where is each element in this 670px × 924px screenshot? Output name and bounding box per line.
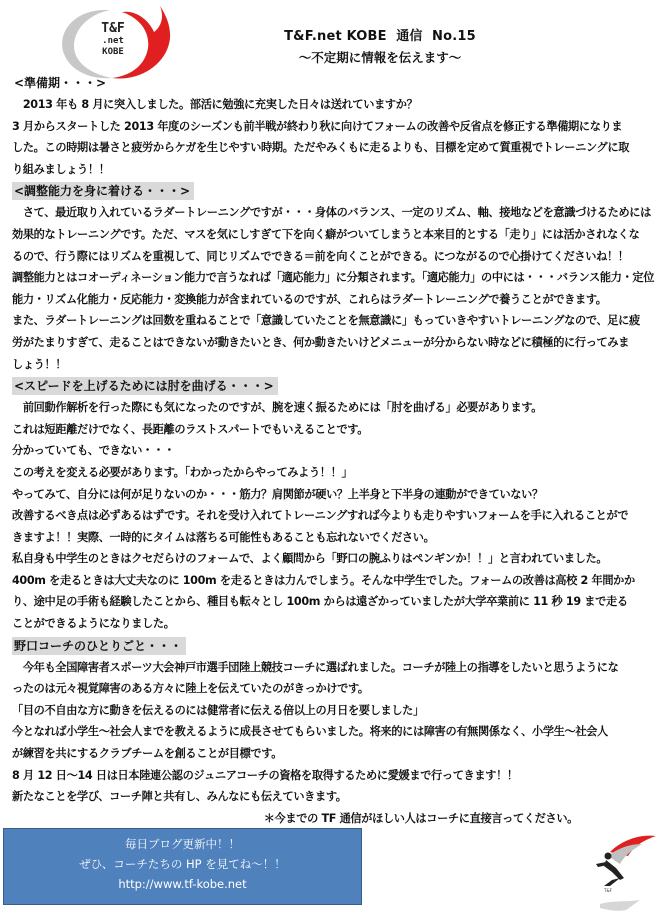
paragraph-line: 分かっていても、できない・・・ xyxy=(12,440,658,462)
paragraph-line: が練習を共にするクラブチームを創ることが目標です。 xyxy=(12,743,658,765)
paragraph-line: 8 月 12 日～14 日は日本陸連公認のジュニアコーチの資格を取得するために愛… xyxy=(12,765,658,787)
paragraph-line: 改善するべき点は必ずあるはずです。それを受け入れてトレーニングすれば今よりも走り… xyxy=(12,505,658,527)
newsletter-title: T&F.net KOBE 通信 No.15 xyxy=(250,28,510,46)
newsletter-subtitle: ～不定期に情報を伝えます～ xyxy=(250,48,510,68)
paragraph-line: 新たなことを学び、コーチ陣と共有し、みんなにも伝えていきます。 xyxy=(12,786,658,808)
paragraph-line: さて、最近取り入れているラダートレーニングですが・・・身体のバランス、一定のリズ… xyxy=(12,202,658,224)
paragraph-line: 3 月からスタートした 2013 年度のシーズンも前半戦が終わり秋に向けてフォー… xyxy=(12,116,658,138)
paragraph-line: 私自身も中学生のときはクセだらけのフォームで、よく顧問から「野口の腕ふりはペンギ… xyxy=(12,548,658,570)
blog-promo-line2: ぜひ、コーチたちの HP を見てね～！！ xyxy=(4,854,361,874)
svg-text:T&F: T&F xyxy=(603,888,613,893)
section-coordination: <調整能力を身に着ける・・・> さて、最近取り入れているラダートレーニングですが… xyxy=(12,180,658,375)
blog-url-link[interactable]: http://www.tf-kobe.net xyxy=(4,874,361,894)
paragraph-line: 前回動作解析を行った際にも気になったのですが、腕を速く振るためには「肘を曲げる」… xyxy=(12,397,658,419)
logo-text-tf: T&F xyxy=(92,22,134,36)
runner-logo-icon: T&F xyxy=(590,830,660,920)
paragraph-line: 2013 年も 8 月に突入しました。部活に勉強に充実した日々は送れていますか？ xyxy=(12,94,658,116)
paragraph-line: 効果的なトレーニングです。ただ、マスを気にしすぎて下を向く癖がついてしまうと本来… xyxy=(12,224,658,246)
paragraph-line: り、途中足の手術も経験したことから、種目も転々とし 100m からは遠ざかってい… xyxy=(12,591,658,613)
paragraph-line: り組みましょう！！ xyxy=(12,159,658,181)
paragraph-line: 今年も全国障害者スポーツ大会神戸市選手団陸上競技コーチに選ばれました。コーチが陸… xyxy=(12,657,658,679)
paragraph-line: また、ラダートレーニングは回数を重ねることで「意識していたことを無意識に」もって… xyxy=(12,310,658,332)
logo-text-net: .net xyxy=(92,36,134,47)
paragraph-line: この考えを変える必要があります。「わかったからやってみよう！！」 xyxy=(12,462,658,484)
paragraph-line: ことができるようになりました。 xyxy=(12,613,658,635)
section-heading: 野口コーチのひとりごと・・・ xyxy=(12,637,186,655)
section-heading: <準備期・・・> xyxy=(12,74,110,92)
newsletter-body: <準備期・・・> 2013 年も 8 月に突入しました。部活に勉強に充実した日々… xyxy=(12,72,658,829)
logo-text-kobe: KOBE xyxy=(92,47,134,58)
paragraph-line: 400m を走るときは大丈夫なのに 100m を走るときは力んでしまう。そんな中… xyxy=(12,570,658,592)
paragraph-line: 調整能力とはコオーディネーション能力で言うなれば「適応能力」に分類されます。「適… xyxy=(12,267,658,289)
section-preparation: <準備期・・・> 2013 年も 8 月に突入しました。部活に勉強に充実した日々… xyxy=(12,72,658,180)
paragraph-line: 「目の不自由な方に動きを伝えるのには健常者に伝える倍以上の月日を要しました」 xyxy=(12,700,658,722)
back-issues-note: ＊今までの TF 通信がほしい人はコーチに直接言ってください。 xyxy=(12,808,658,830)
section-heading: <調整能力を身に着ける・・・> xyxy=(12,182,194,200)
newsletter-header: T&F.net KOBE 通信 No.15 ～不定期に情報を伝えます～ xyxy=(250,28,510,68)
paragraph-line: きますよ！！実際、一時的にタイムは落ちる可能性もあることも忘れないでください。 xyxy=(12,527,658,549)
paragraph-line: るので、行う際にはリズムを重視して、同じリズムでできる＝前を向くことができる。に… xyxy=(12,246,658,268)
paragraph-line: した。この時期は暑さと疲労からケガを生じやすい時期。ただやみくもに走るよりも、目… xyxy=(12,137,658,159)
paragraph-line: 労がたまりすぎて、走ることはできないが動きたいとき、何か動きたいけどメニューが分… xyxy=(12,332,658,354)
blog-promo-line1: 毎日ブログ更新中！！ xyxy=(4,834,361,854)
section-coach-monologue: 野口コーチのひとりごと・・・ 今年も全国障害者スポーツ大会神戸市選手団陸上競技コ… xyxy=(12,635,658,808)
paragraph-line: ったのは元々視覚障害のある方々に陸上を伝えていたのがきっかけです。 xyxy=(12,678,658,700)
blog-promo-box: 毎日ブログ更新中！！ ぜひ、コーチたちの HP を見てね～！！ http://w… xyxy=(3,828,362,905)
paragraph-line: 能力・リズム化能力・反応能力・変換能力が含まれているのですが、これらはラダートレ… xyxy=(12,289,658,311)
paragraph-line: これは短距離だけでなく、長距離のラストスパートでもいえることです。 xyxy=(12,419,658,441)
paragraph-line: しょう！！ xyxy=(12,354,658,376)
section-speed-elbow: <スピードを上げるためには肘を曲げる・・・> 前回動作解析を行った際にも気になっ… xyxy=(12,375,658,635)
section-heading: <スピードを上げるためには肘を曲げる・・・> xyxy=(12,377,278,395)
paragraph-line: 今となれば小学生～社会人までを教えるように成長させてもらいました。将来的には障害… xyxy=(12,721,658,743)
paragraph-line: やってみて、自分には何が足りないのか・・・筋力？肩関節が硬い？上半身と下半身の連… xyxy=(12,484,658,506)
